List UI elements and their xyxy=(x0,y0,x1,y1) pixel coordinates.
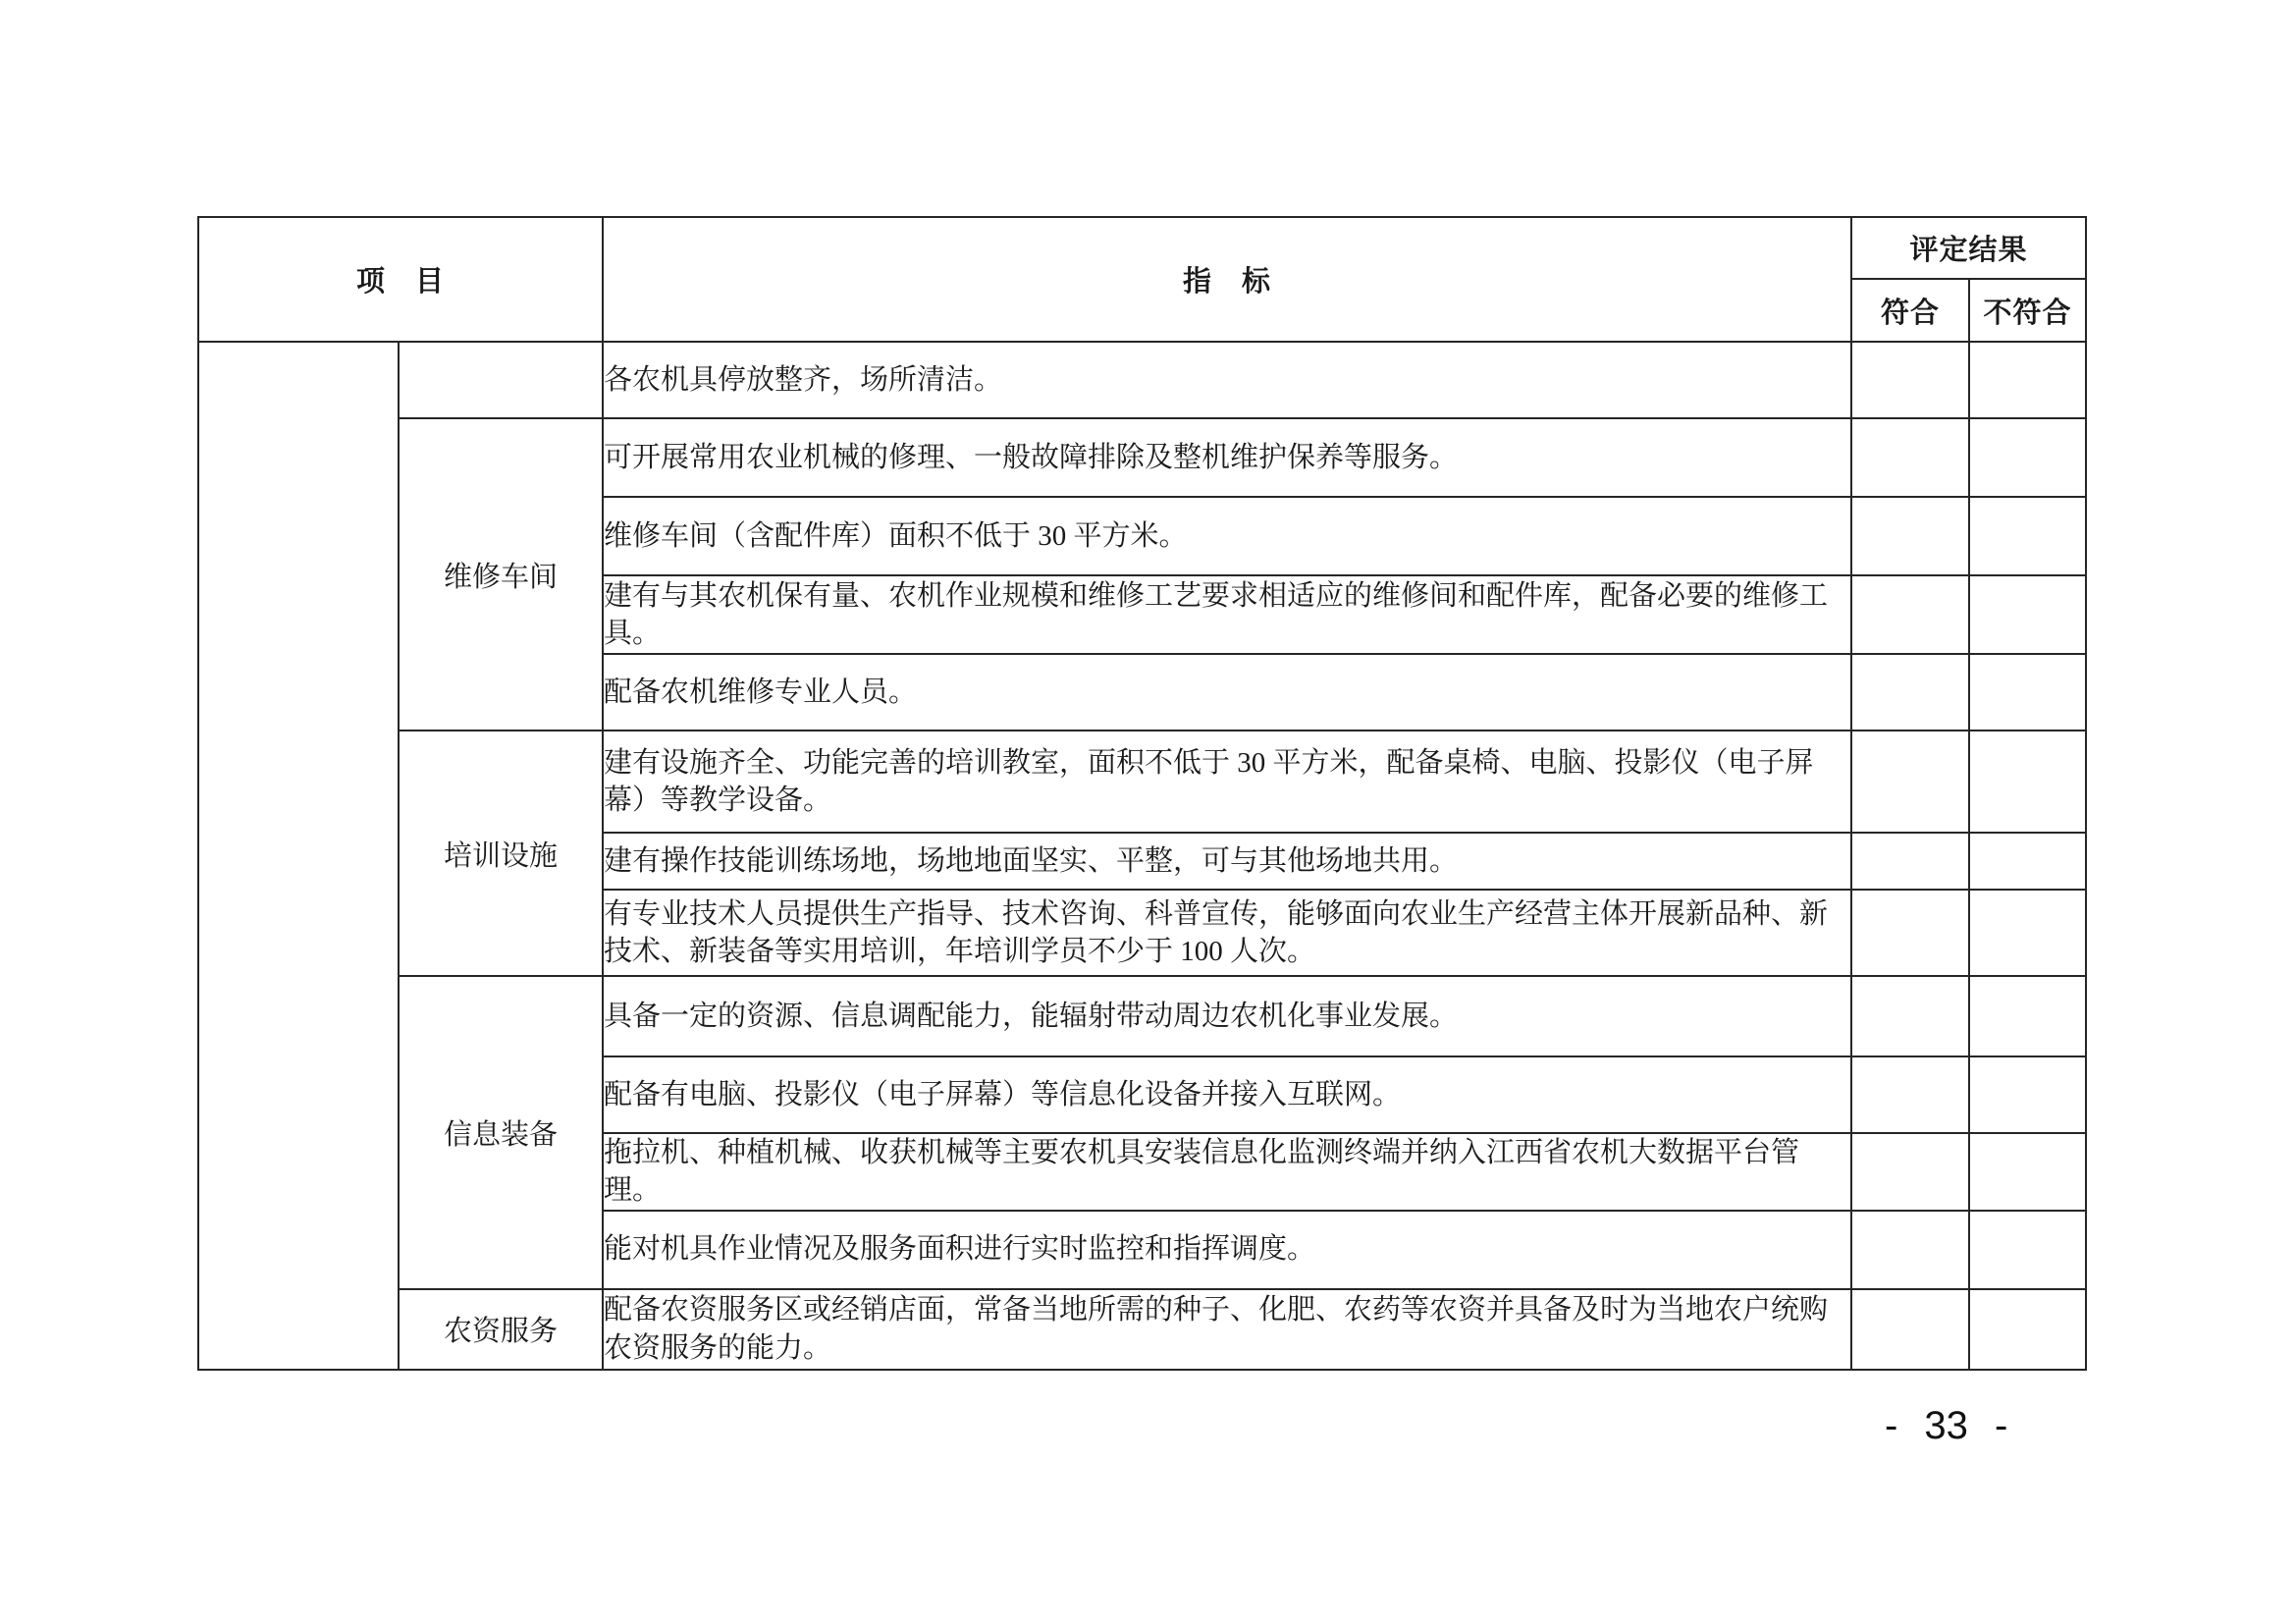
indicator-cell: 建有与其农机保有量、农机作业规模和维修工艺要求相适应的维修间和配件库，配备必要的… xyxy=(603,575,1851,654)
header-pass: 符合 xyxy=(1851,279,1969,342)
pass-cell xyxy=(1851,654,1969,731)
pass-cell xyxy=(1851,976,1969,1056)
group-label-repair-workshop: 维修车间 xyxy=(399,418,603,731)
indicator-cell: 配备有电脑、投影仪（电子屏幕）等信息化设备并接入互联网。 xyxy=(603,1056,1851,1133)
evaluation-table: 项 目 指 标 评定结果 符合 不符合 各农机具停放整齐，场所清洁。 维修车间 … xyxy=(197,216,2087,1371)
fail-cell xyxy=(1969,654,2086,731)
page-number: - 33 - xyxy=(1885,1404,2007,1448)
fail-cell xyxy=(1969,418,2086,497)
fail-cell xyxy=(1969,1133,2086,1211)
category-cell-empty xyxy=(198,342,399,1370)
indicator-cell: 能对机具作业情况及服务面积进行实时监控和指挥调度。 xyxy=(603,1211,1851,1289)
indicator-cell: 可开展常用农业机械的修理、一般故障排除及整机维护保养等服务。 xyxy=(603,418,1851,497)
group-label-training-facility: 培训设施 xyxy=(399,731,603,976)
indicator-cell: 有专业技术人员提供生产指导、技术咨询、科普宣传，能够面向农业生产经营主体开展新品… xyxy=(603,890,1851,976)
group-label-empty xyxy=(399,342,603,418)
fail-cell xyxy=(1969,890,2086,976)
indicator-cell: 拖拉机、种植机械、收获机械等主要农机具安装信息化监测终端并纳入江西省农机大数据平… xyxy=(603,1133,1851,1211)
fail-cell xyxy=(1969,1211,2086,1289)
pass-cell xyxy=(1851,418,1969,497)
group-label-information-equipment: 信息装备 xyxy=(399,976,603,1289)
pass-cell xyxy=(1851,1133,1969,1211)
fail-cell xyxy=(1969,575,2086,654)
fail-cell xyxy=(1969,1289,2086,1370)
fail-cell xyxy=(1969,342,2086,418)
header-fail: 不符合 xyxy=(1969,279,2086,342)
header-result: 评定结果 xyxy=(1851,217,2086,279)
fail-cell xyxy=(1969,1056,2086,1133)
indicator-cell: 建有设施齐全、功能完善的培训教室，面积不低于 30 平方米，配备桌椅、电脑、投影… xyxy=(603,731,1851,833)
header-indicator: 指 标 xyxy=(603,217,1851,342)
indicator-cell: 各农机具停放整齐，场所清洁。 xyxy=(603,342,1851,418)
pass-cell xyxy=(1851,575,1969,654)
indicator-cell: 建有操作技能训练场地，场地地面坚实、平整，可与其他场地共用。 xyxy=(603,833,1851,890)
indicator-cell: 具备一定的资源、信息调配能力，能辐射带动周边农机化事业发展。 xyxy=(603,976,1851,1056)
pass-cell xyxy=(1851,342,1969,418)
document-page: 项 目 指 标 评定结果 符合 不符合 各农机具停放整齐，场所清洁。 维修车间 … xyxy=(0,0,2296,1624)
indicator-cell: 配备农资服务区或经销店面，常备当地所需的种子、化肥、农药等农资并具备及时为当地农… xyxy=(603,1289,1851,1370)
pass-cell xyxy=(1851,497,1969,575)
fail-cell xyxy=(1969,497,2086,575)
pass-cell xyxy=(1851,731,1969,833)
indicator-cell: 配备农机维修专业人员。 xyxy=(603,654,1851,731)
group-label-agri-supply-service: 农资服务 xyxy=(399,1289,603,1370)
pass-cell xyxy=(1851,1211,1969,1289)
fail-cell xyxy=(1969,833,2086,890)
pass-cell xyxy=(1851,833,1969,890)
indicator-cell: 维修车间（含配件库）面积不低于 30 平方米。 xyxy=(603,497,1851,575)
fail-cell xyxy=(1969,976,2086,1056)
fail-cell xyxy=(1969,731,2086,833)
pass-cell xyxy=(1851,1056,1969,1133)
pass-cell xyxy=(1851,1289,1969,1370)
header-item: 项 目 xyxy=(198,217,603,342)
pass-cell xyxy=(1851,890,1969,976)
